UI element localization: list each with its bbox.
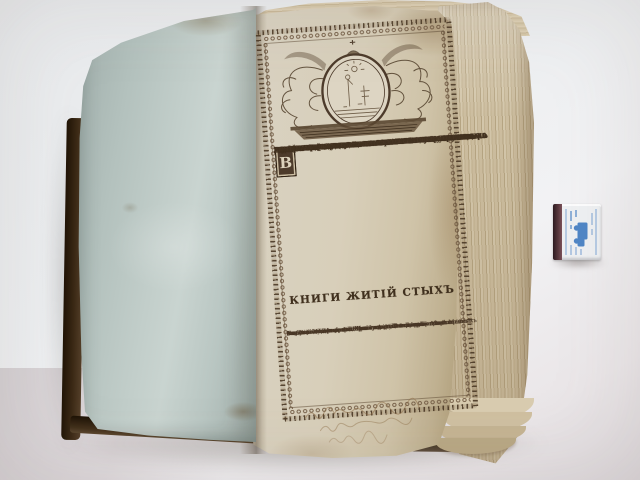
matchbox [553,204,601,260]
text-line: Бга Слова ҂аѱчз · Індікта єі · мца Декем… [287,321,427,339]
left-blank-endpaper-page [76,8,256,442]
imprint-text-lower-block: на дванадесять мцей · ихже суть · Септем… [287,319,463,331]
truck-illustration [574,223,587,246]
matchbox-striker-edge [553,204,562,260]
medallion [320,52,392,131]
printed-title-page: В о славу Стыя · Единосущныя · Животворя… [255,17,478,422]
photo-old-book-scene: В о славу Стыя · Единосущныя · Животворя… [0,0,640,480]
headpiece-engraving [266,33,445,145]
page-content: В о славу Стыя · Единосущныя · Животворя… [266,32,467,407]
book-title-heading: КНИГИ ЖИТІЙ СТЫХЪ [284,283,460,307]
matchbox-label-print [563,205,599,259]
